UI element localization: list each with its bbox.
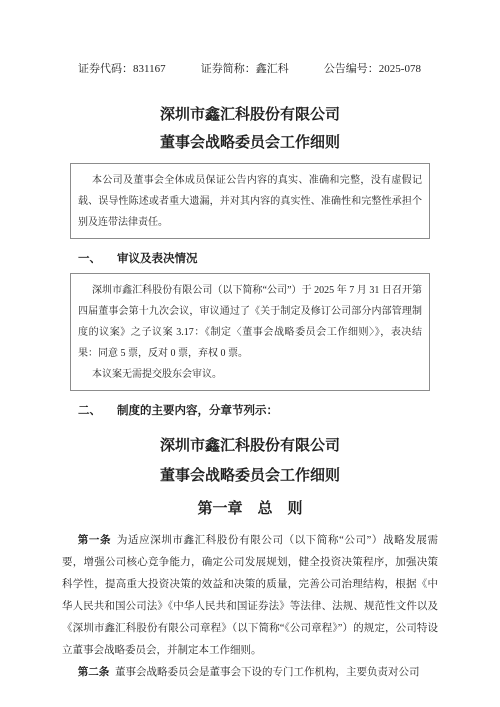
disclaimer-box: 本公司及董事会全体成员保证公告内容的真实、准确和完整，没有虚假记载、误导性陈述或… xyxy=(70,163,430,239)
articles-body: 第一条为适应深圳市鑫汇科股份有限公司（以下简称“公司”）战略发展需要，增强公司核… xyxy=(62,530,438,684)
article-1-label: 第一条 xyxy=(78,535,111,546)
section-2-title: 制度的主要内容，分章节列示： xyxy=(117,405,278,417)
resolution-paragraph: 深圳市鑫汇科股份有限公司（以下简称“公司”）于 2025 年 7 月 31 日召… xyxy=(78,280,422,364)
announcement-number: 公告编号：2025-078 xyxy=(324,62,421,77)
section-1-heading: 一、审议及表决情况 xyxy=(78,251,438,267)
chapter-1-title: 第一章 总 则 xyxy=(0,494,500,524)
document-header: 证券代码：831167 证券简称：鑫汇科 公告编号：2025-078 xyxy=(78,62,421,77)
article-2-label: 第二条 xyxy=(78,667,110,678)
section-2-heading: 二、制度的主要内容，分章节列示： xyxy=(78,403,438,419)
resolution-note: 本议案无需提交股东会审议。 xyxy=(78,364,422,385)
resolution-box: 深圳市鑫汇科股份有限公司（以下简称“公司”）于 2025 年 7 月 31 日召… xyxy=(70,273,430,391)
stock-code: 证券代码：831167 xyxy=(78,62,166,77)
document-name-title: 董事会战略委员会工作细则 xyxy=(0,129,500,157)
article-2-paragraph: 第二条董事会战略委员会是董事会下设的专门工作机构，主要负责对公司 xyxy=(62,662,438,684)
stock-abbreviation: 证券简称：鑫汇科 xyxy=(201,62,289,77)
company-name-title: 深圳市鑫汇科股份有限公司 xyxy=(0,101,500,129)
article-1-text: 为适应深圳市鑫汇科股份有限公司（以下简称“公司”）战略发展需要，增强公司核心竞争… xyxy=(62,535,438,656)
rules-title-block: 深圳市鑫汇科股份有限公司 董事会战略委员会工作细则 xyxy=(0,431,500,491)
section-1-title: 审议及表决情况 xyxy=(117,253,198,265)
disclaimer-text: 本公司及董事会全体成员保证公告内容的真实、准确和完整，没有虚假记载、误导性陈述或… xyxy=(78,170,422,233)
article-2-text: 董事会战略委员会是董事会下设的专门工作机构，主要负责对公司 xyxy=(115,667,420,678)
title-block: 深圳市鑫汇科股份有限公司 董事会战略委员会工作细则 xyxy=(0,101,500,157)
announcement-document-page: 证券代码：831167 证券简称：鑫汇科 公告编号：2025-078 深圳市鑫汇… xyxy=(0,0,500,707)
rules-company-title: 深圳市鑫汇科股份有限公司 xyxy=(0,431,500,461)
section-1-number: 一、 xyxy=(78,253,101,265)
rules-document-title: 董事会战略委员会工作细则 xyxy=(0,461,500,491)
section-2-number: 二、 xyxy=(78,405,101,417)
article-1-paragraph: 第一条为适应深圳市鑫汇科股份有限公司（以下简称“公司”）战略发展需要，增强公司核… xyxy=(62,530,438,662)
